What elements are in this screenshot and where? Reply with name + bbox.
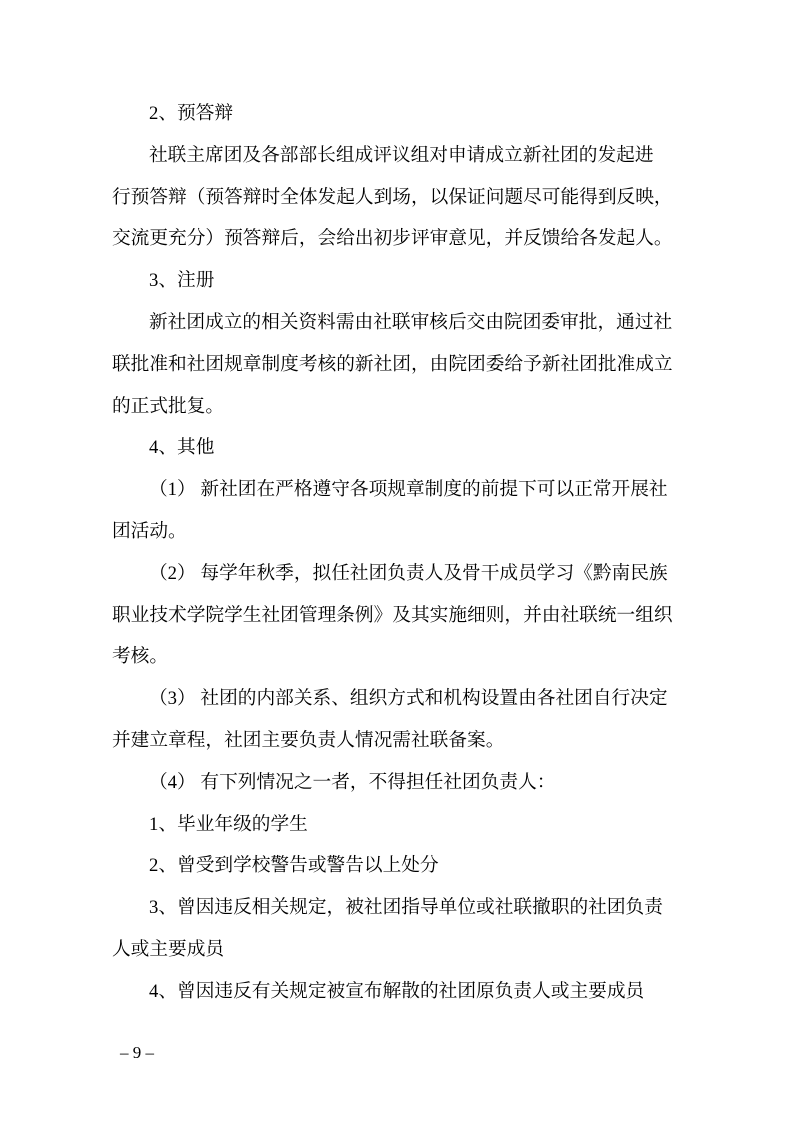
list-item-line: 3、曾因违反相关规定，被社团指导单位或社联撤职的社团负责 bbox=[112, 887, 682, 929]
body-line: 团活动。 bbox=[112, 511, 682, 553]
body-line: 的正式批复。 bbox=[112, 386, 682, 428]
heading-line-registration: 3、注册 bbox=[112, 260, 682, 302]
body-line: 行预答辩（预答辩时全体发起人到场，以保证问题尽可能得到反映， bbox=[112, 177, 682, 219]
body-line: 社联主席团及各部部长组成评议组对申请成立新社团的发起进 bbox=[112, 135, 682, 177]
body-line: 考核。 bbox=[112, 636, 682, 678]
body-line: （1） 新社团在严格遵守各项规章制度的前提下可以正常开展社 bbox=[112, 469, 682, 511]
body-line: 新社团成立的相关资料需由社联审核后交由院团委审批，通过社 bbox=[112, 302, 682, 344]
body-line: 交流更充分）预答辩后，会给出初步评审意见，并反馈给各发起人。 bbox=[112, 218, 682, 260]
body-line: 并建立章程，社团主要负责人情况需社联备案。 bbox=[112, 720, 682, 762]
body-line: （4） 有下列情况之一者，不得担任社团负责人： bbox=[112, 762, 682, 804]
list-item-line: 4、曾因违反有关规定被宣布解散的社团原负责人或主要成员 bbox=[112, 971, 682, 1013]
body-line: （3） 社团的内部关系、组织方式和机构设置由各社团自行决定 bbox=[112, 678, 682, 720]
heading-line-other: 4、其他 bbox=[112, 427, 682, 469]
document-body: 2、预答辩 社联主席团及各部部长组成评议组对申请成立新社团的发起进 行预答辩（预… bbox=[112, 93, 682, 1013]
list-item-line: 1、毕业年级的学生 bbox=[112, 804, 682, 846]
heading-line-pre-defense: 2、预答辩 bbox=[112, 93, 682, 135]
page-number: – 9 – bbox=[120, 1042, 154, 1064]
list-item-line: 人或主要成员 bbox=[112, 929, 682, 971]
body-line: 联批准和社团规章制度考核的新社团，由院团委给予新社团批准成立 bbox=[112, 344, 682, 386]
body-line: 职业技术学院学生社团管理条例》及其实施细则，并由社联统一组织 bbox=[112, 595, 682, 637]
body-line: （2） 每学年秋季，拟任社团负责人及骨干成员学习《黔南民族 bbox=[112, 553, 682, 595]
document-page: 2、预答辩 社联主席团及各部部长组成评议组对申请成立新社团的发起进 行预答辩（预… bbox=[0, 0, 793, 1122]
list-item-line: 2、曾受到学校警告或警告以上处分 bbox=[112, 845, 682, 887]
